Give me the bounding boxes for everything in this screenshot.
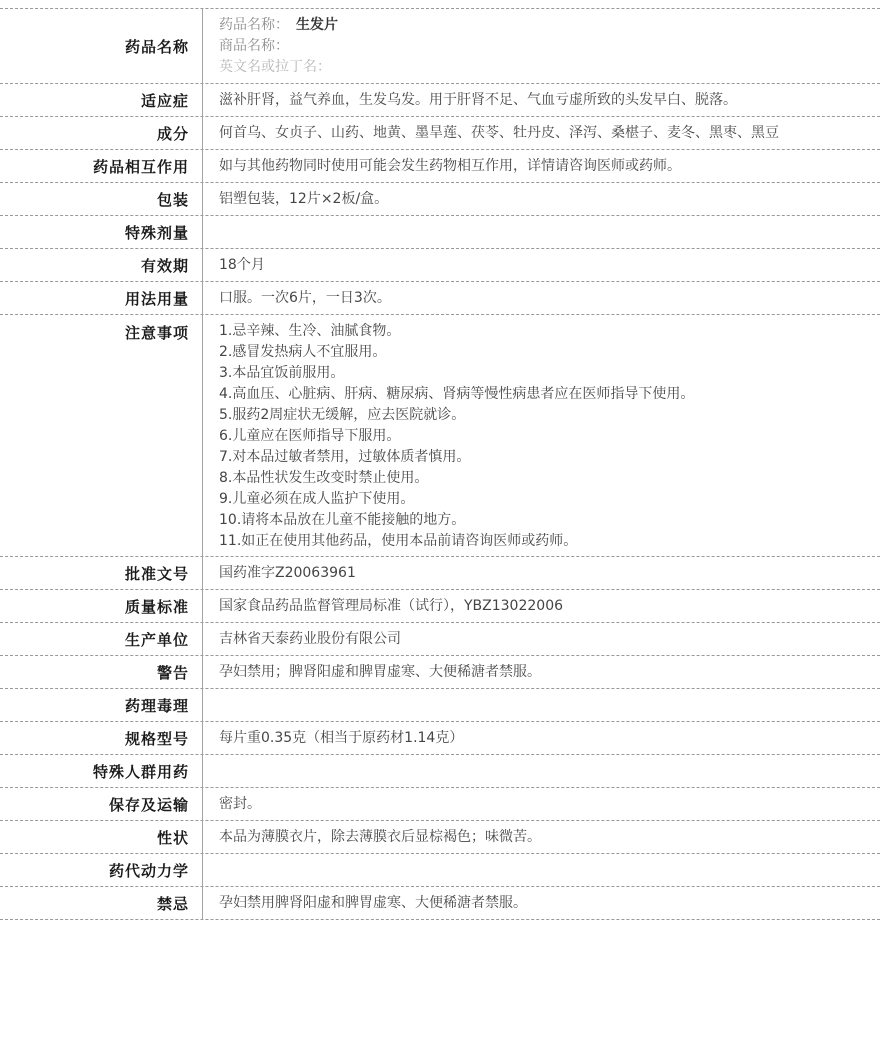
field-english-name: 英文名或拉丁名：: [219, 57, 338, 78]
table-row-contraindications: 禁忌 孕妇禁用脾肾阳虚和脾胃虚寒、大便稀溏者禁服。: [0, 887, 880, 920]
row-value-shelf-life: 18个月: [203, 249, 880, 281]
row-value-approval-number: 国药准字Z20063961: [203, 557, 880, 589]
row-label-contraindications: 禁忌: [0, 887, 203, 919]
field-label-trade-name: 商品名称：: [219, 38, 289, 54]
precaution-item: 7.对本品过敏者禁用，过敏体质者慎用。: [219, 447, 470, 468]
row-value-packaging: 铝塑包装，12片×2板/盒。: [203, 183, 880, 215]
precaution-item: 8.本品性状发生改变时禁止使用。: [219, 468, 428, 489]
row-value-indications: 滋补肝肾，益气养血，生发乌发。用于肝肾不足、气血亏虚所致的头发早白、脱落。: [203, 84, 880, 116]
row-value-special-dosage: [203, 216, 880, 248]
row-label-warning: 警告: [0, 656, 203, 688]
row-label-special-dosage: 特殊剂量: [0, 216, 203, 248]
field-label-generic-name: 药品名称：: [219, 17, 289, 33]
field-generic-name: 药品名称：生发片: [219, 15, 338, 36]
table-row-precautions: 注意事项 1.忌辛辣、生冷、油腻食物。 2.感冒发热病人不宜服用。 3.本品宜饭…: [0, 315, 880, 557]
row-label-manufacturer: 生产单位: [0, 623, 203, 655]
table-row-shelf-life: 有效期 18个月: [0, 249, 880, 282]
row-label-quality-standard: 质量标准: [0, 590, 203, 622]
row-value-precautions: 1.忌辛辣、生冷、油腻食物。 2.感冒发热病人不宜服用。 3.本品宜饭前服用。 …: [203, 315, 880, 556]
table-row-manufacturer: 生产单位 吉林省天泰药业股份有限公司: [0, 623, 880, 656]
precaution-item: 2.感冒发热病人不宜服用。: [219, 342, 386, 363]
row-value-quality-standard: 国家食品药品监督管理局标准（试行），YBZ13022006: [203, 590, 880, 622]
row-value-contraindications: 孕妇禁用脾肾阳虚和脾胃虚寒、大便稀溏者禁服。: [203, 887, 880, 919]
row-label-indications: 适应症: [0, 84, 203, 116]
table-row-warning: 警告 孕妇禁用；脾肾阳虚和脾胃虚寒、大便稀溏者禁服。: [0, 656, 880, 689]
row-label-drug-interactions: 药品相互作用: [0, 150, 203, 182]
table-row-special-dosage: 特殊剂量: [0, 216, 880, 249]
table-row-approval-number: 批准文号 国药准字Z20063961: [0, 557, 880, 590]
drug-info-table: 药品名称 药品名称：生发片 商品名称： 英文名或拉丁名： 适应症 滋补肝肾，益气…: [0, 8, 880, 920]
row-value-pharmacokinetics: [203, 854, 880, 886]
row-value-manufacturer: 吉林省天泰药业股份有限公司: [203, 623, 880, 655]
table-row-packaging: 包装 铝塑包装，12片×2板/盒。: [0, 183, 880, 216]
precaution-item: 9.儿童必须在成人监护下使用。: [219, 489, 414, 510]
row-label-pharmacology-toxicology: 药理毒理: [0, 689, 203, 721]
row-value-special-population: [203, 755, 880, 787]
row-value-warning: 孕妇禁用；脾肾阳虚和脾胃虚寒、大便稀溏者禁服。: [203, 656, 880, 688]
row-value-storage-transport: 密封。: [203, 788, 880, 820]
row-value-usage-dosage: 口服。一次6片，一日3次。: [203, 282, 880, 314]
precaution-item: 6.儿童应在医师指导下服用。: [219, 426, 400, 447]
precaution-item: 5.服药2周症状无缓解，应去医院就诊。: [219, 405, 465, 426]
row-label-special-population: 特殊人群用药: [0, 755, 203, 787]
row-label-usage-dosage: 用法用量: [0, 282, 203, 314]
table-row-pharmacology-toxicology: 药理毒理: [0, 689, 880, 722]
row-label-drug-name: 药品名称: [0, 9, 203, 83]
drug-name-fields: 药品名称：生发片 商品名称： 英文名或拉丁名：: [203, 9, 880, 83]
precaution-item: 11.如正在使用其他药品，使用本品前请咨询医师或药师。: [219, 531, 577, 552]
row-label-specification: 规格型号: [0, 722, 203, 754]
table-row-storage-transport: 保存及运输 密封。: [0, 788, 880, 821]
row-label-storage-transport: 保存及运输: [0, 788, 203, 820]
table-row-specification: 规格型号 每片重0.35克（相当于原药材1.14克）: [0, 722, 880, 755]
precaution-item: 1.忌辛辣、生冷、油腻食物。: [219, 321, 400, 342]
row-label-shelf-life: 有效期: [0, 249, 203, 281]
row-label-precautions: 注意事项: [0, 315, 203, 556]
precaution-item: 10.请将本品放在儿童不能接触的地方。: [219, 510, 465, 531]
row-label-pharmacokinetics: 药代动力学: [0, 854, 203, 886]
table-row-drug-name: 药品名称 药品名称：生发片 商品名称： 英文名或拉丁名：: [0, 9, 880, 84]
row-label-packaging: 包装: [0, 183, 203, 215]
field-label-english-name: 英文名或拉丁名：: [219, 59, 331, 75]
table-row-indications: 适应症 滋补肝肾，益气养血，生发乌发。用于肝肾不足、气血亏虚所致的头发早白、脱落…: [0, 84, 880, 117]
table-row-special-population: 特殊人群用药: [0, 755, 880, 788]
table-row-drug-interactions: 药品相互作用 如与其他药物同时使用可能会发生药物相互作用，详情请咨询医师或药师。: [0, 150, 880, 183]
row-label-approval-number: 批准文号: [0, 557, 203, 589]
row-value-pharmacology-toxicology: [203, 689, 880, 721]
table-row-pharmacokinetics: 药代动力学: [0, 854, 880, 887]
row-label-properties: 性状: [0, 821, 203, 853]
table-row-ingredients: 成分 何首乌、女贞子、山药、地黄、墨旱莲、茯苓、牡丹皮、泽泻、桑椹子、麦冬、黑枣…: [0, 117, 880, 150]
field-trade-name: 商品名称：: [219, 36, 296, 57]
precaution-item: 3.本品宜饭前服用。: [219, 363, 344, 384]
row-label-ingredients: 成分: [0, 117, 203, 149]
table-row-properties: 性状 本品为薄膜衣片，除去薄膜衣后显棕褐色；味微苦。: [0, 821, 880, 854]
row-value-properties: 本品为薄膜衣片，除去薄膜衣后显棕褐色；味微苦。: [203, 821, 880, 853]
table-row-quality-standard: 质量标准 国家食品药品监督管理局标准（试行），YBZ13022006: [0, 590, 880, 623]
table-row-usage-dosage: 用法用量 口服。一次6片，一日3次。: [0, 282, 880, 315]
row-value-drug-interactions: 如与其他药物同时使用可能会发生药物相互作用，详情请咨询医师或药师。: [203, 150, 880, 182]
precaution-item: 4.高血压、心脏病、肝病、糖尿病、肾病等慢性病患者应在医师指导下使用。: [219, 384, 694, 405]
row-value-specification: 每片重0.35克（相当于原药材1.14克）: [203, 722, 880, 754]
row-value-ingredients: 何首乌、女贞子、山药、地黄、墨旱莲、茯苓、牡丹皮、泽泻、桑椹子、麦冬、黑枣、黑豆: [203, 117, 880, 149]
generic-name-value: 生发片: [296, 17, 338, 33]
